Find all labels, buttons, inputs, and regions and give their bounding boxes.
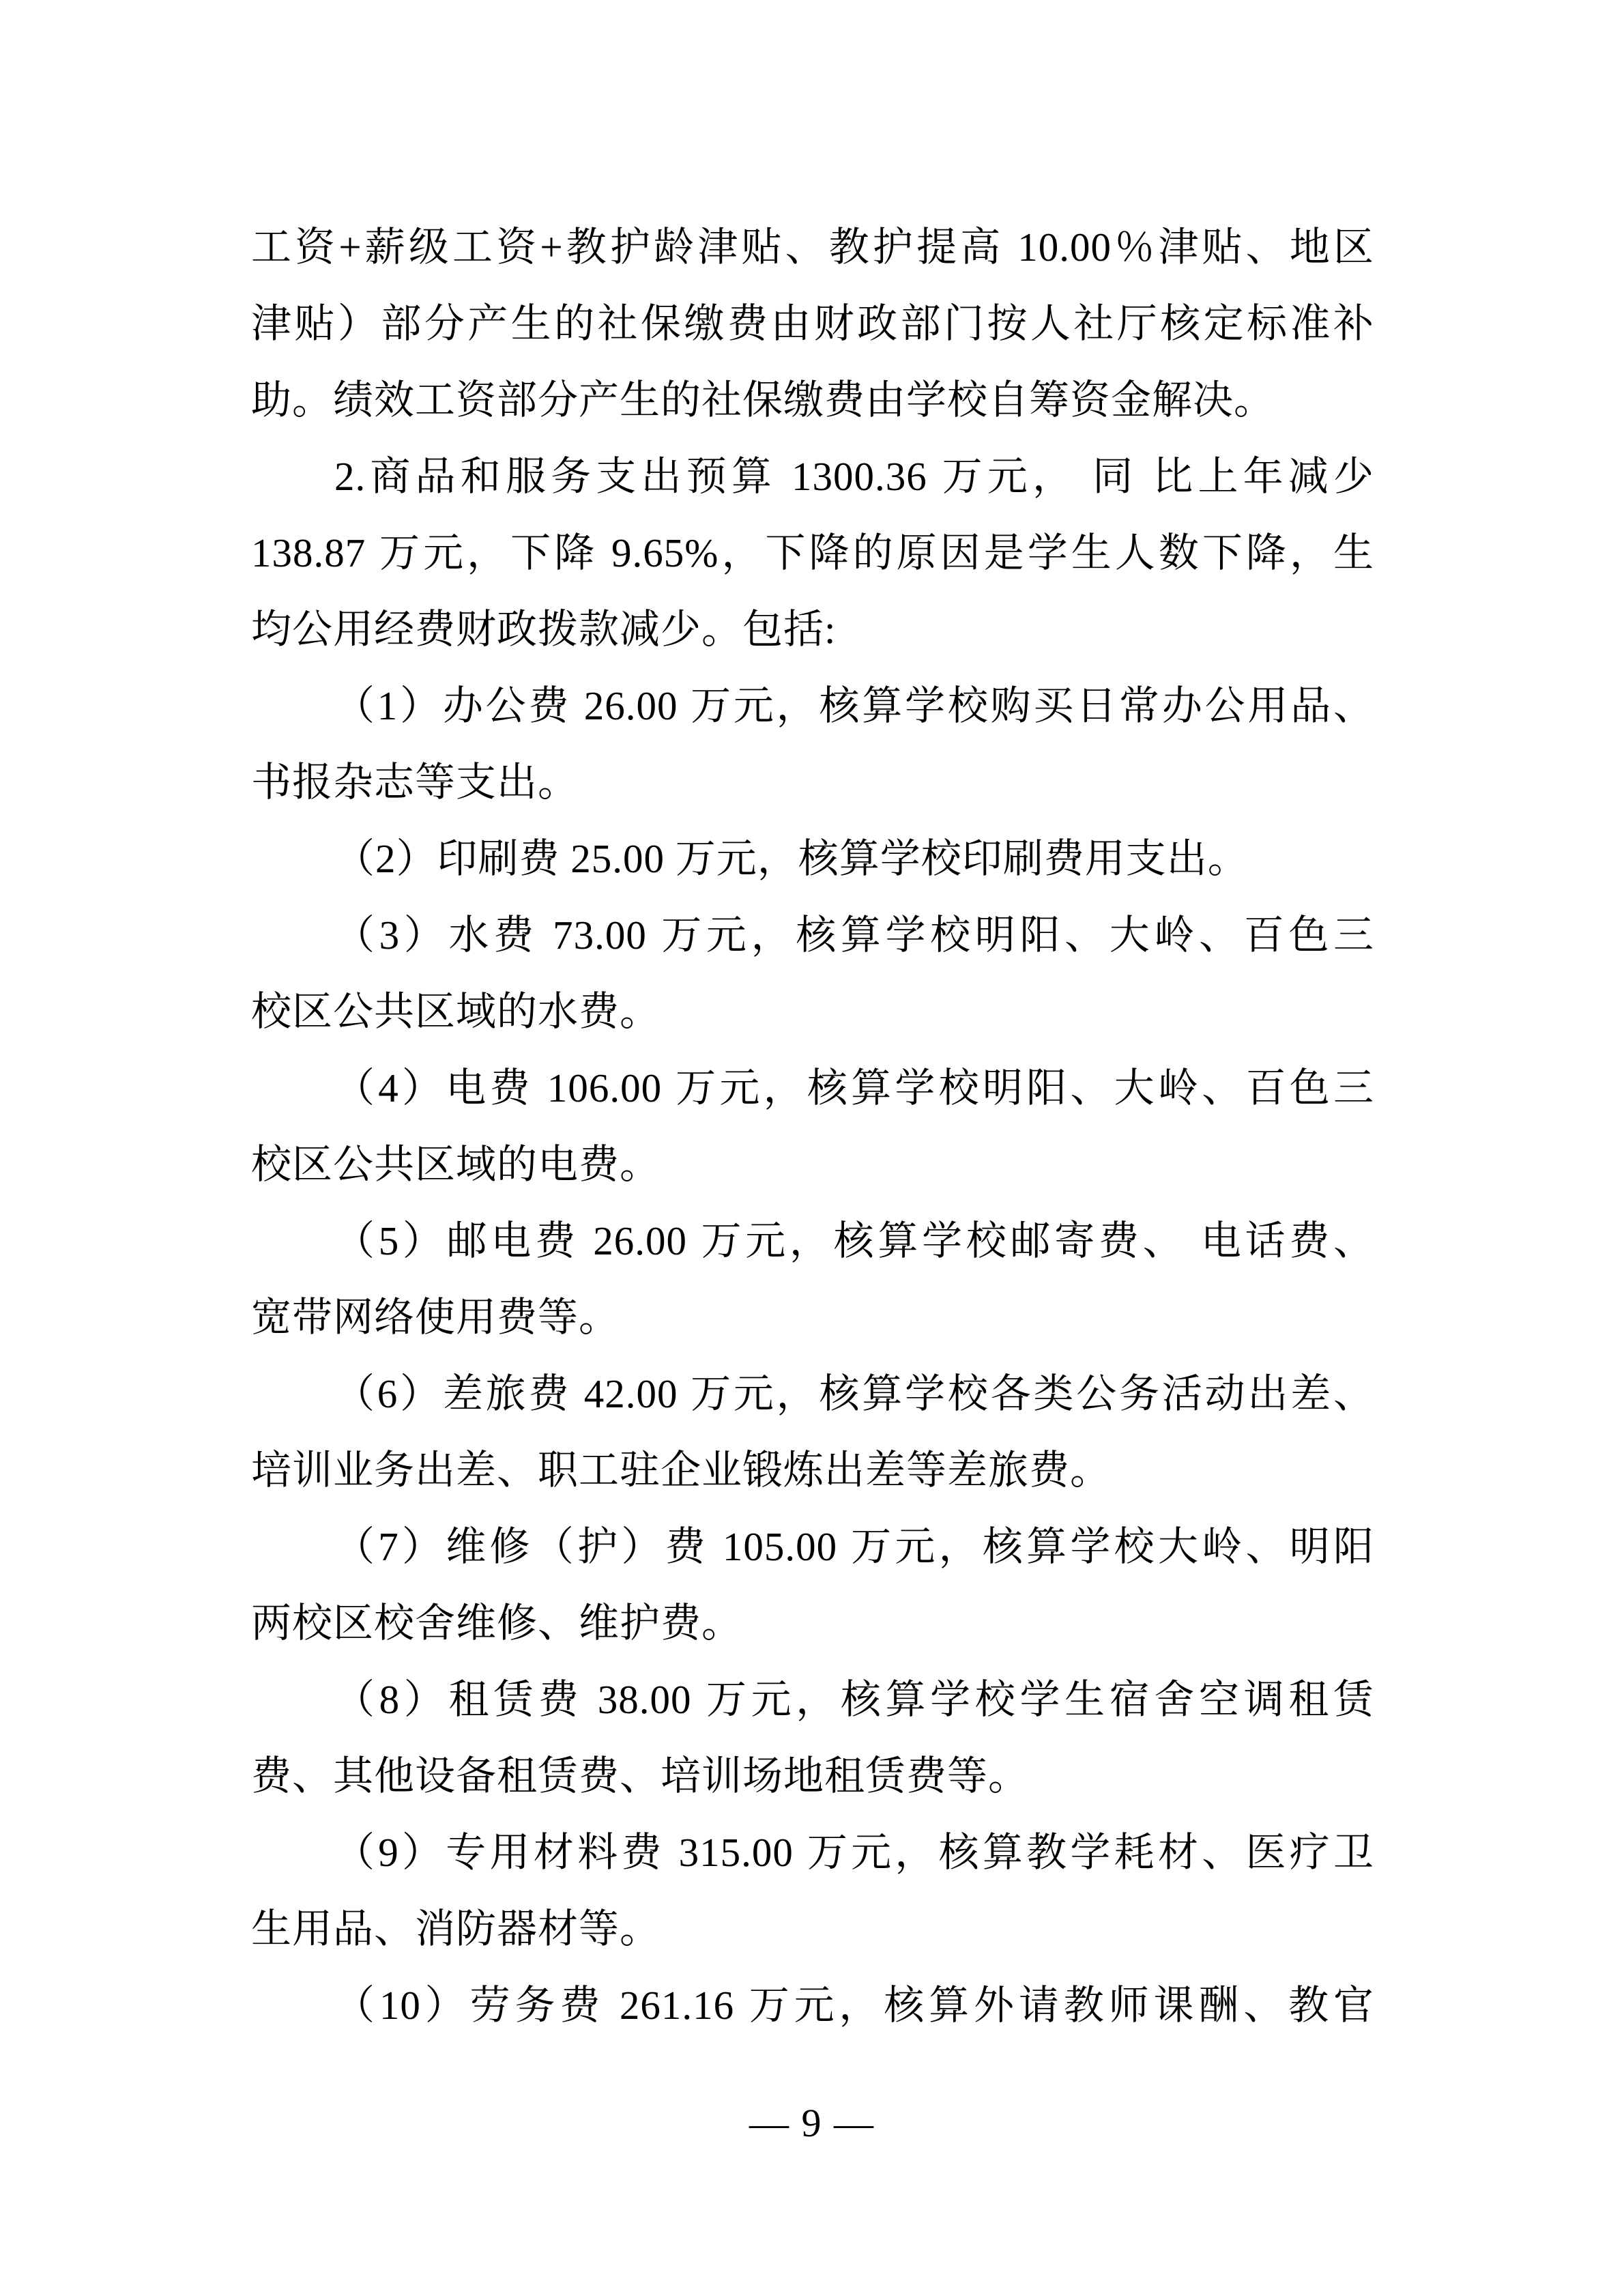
text-line: 两校区校舍维修、维护费。 — [251, 1585, 1374, 1661]
text-line: （8）租赁费 38.00 万元，核算学校学生宿舍空调租赁 — [251, 1661, 1374, 1738]
text-line: 工资+薪级工资+教护龄津贴、教护提高 10.00％津贴、地区 — [251, 209, 1374, 285]
text-line: 138.87 万元，下降 9.65%，下降的原因是学生人数下降，生 — [251, 515, 1374, 591]
text-line: 费、其他设备租赁费、培训场地租赁费等。 — [251, 1738, 1374, 1814]
text-line: （9）专用材料费 315.00 万元，核算教学耗材、医疗卫 — [251, 1814, 1374, 1891]
text-line: （6）差旅费 42.00 万元，核算学校各类公务活动出差、 — [251, 1355, 1374, 1432]
document-page: 工资+薪级工资+教护龄津贴、教护提高 10.00％津贴、地区津贴）部分产生的社保… — [0, 0, 1624, 2296]
text-line: 生用品、消防器材等。 — [251, 1891, 1374, 1967]
text-line: 校区公共区域的水费。 — [251, 973, 1374, 1050]
text-line: 校区公共区域的电费。 — [251, 1126, 1374, 1203]
text-line: （3）水费 73.00 万元，核算学校明阳、大岭、百色三 — [251, 897, 1374, 973]
text-line: 宽带网络使用费等。 — [251, 1279, 1374, 1355]
text-block: 工资+薪级工资+教护龄津贴、教护提高 10.00％津贴、地区津贴）部分产生的社保… — [251, 209, 1374, 2043]
text-line: 津贴）部分产生的社保缴费由财政部门按人社厅核定标准补 — [251, 285, 1374, 362]
text-line: 均公用经费财政拨款减少。包括: — [251, 591, 1374, 668]
text-line: 2.商品和服务支出预算 1300.36 万元， 同 比上年减少 — [251, 438, 1374, 515]
page-number: — 9 — — [0, 2099, 1624, 2147]
text-line: （5）邮电费 26.00 万元，核算学校邮寄费、 电话费、 — [251, 1203, 1374, 1279]
text-line: （1）办公费 26.00 万元，核算学校购买日常办公用品、 — [251, 668, 1374, 744]
text-line: （4）电费 106.00 万元，核算学校明阳、大岭、百色三 — [251, 1050, 1374, 1126]
text-line: （2）印刷费 25.00 万元，核算学校印刷费用支出。 — [251, 820, 1374, 897]
text-line: （10）劳务费 261.16 万元，核算外请教师课酬、教官 — [251, 1967, 1374, 2043]
text-line: 助。绩效工资部分产生的社保缴费由学校自筹资金解决。 — [251, 362, 1374, 438]
text-line: （7）维修（护）费 105.00 万元，核算学校大岭、明阳 — [251, 1508, 1374, 1585]
text-line: 书报杂志等支出。 — [251, 744, 1374, 820]
text-line: 培训业务出差、职工驻企业锻炼出差等差旅费。 — [251, 1432, 1374, 1508]
